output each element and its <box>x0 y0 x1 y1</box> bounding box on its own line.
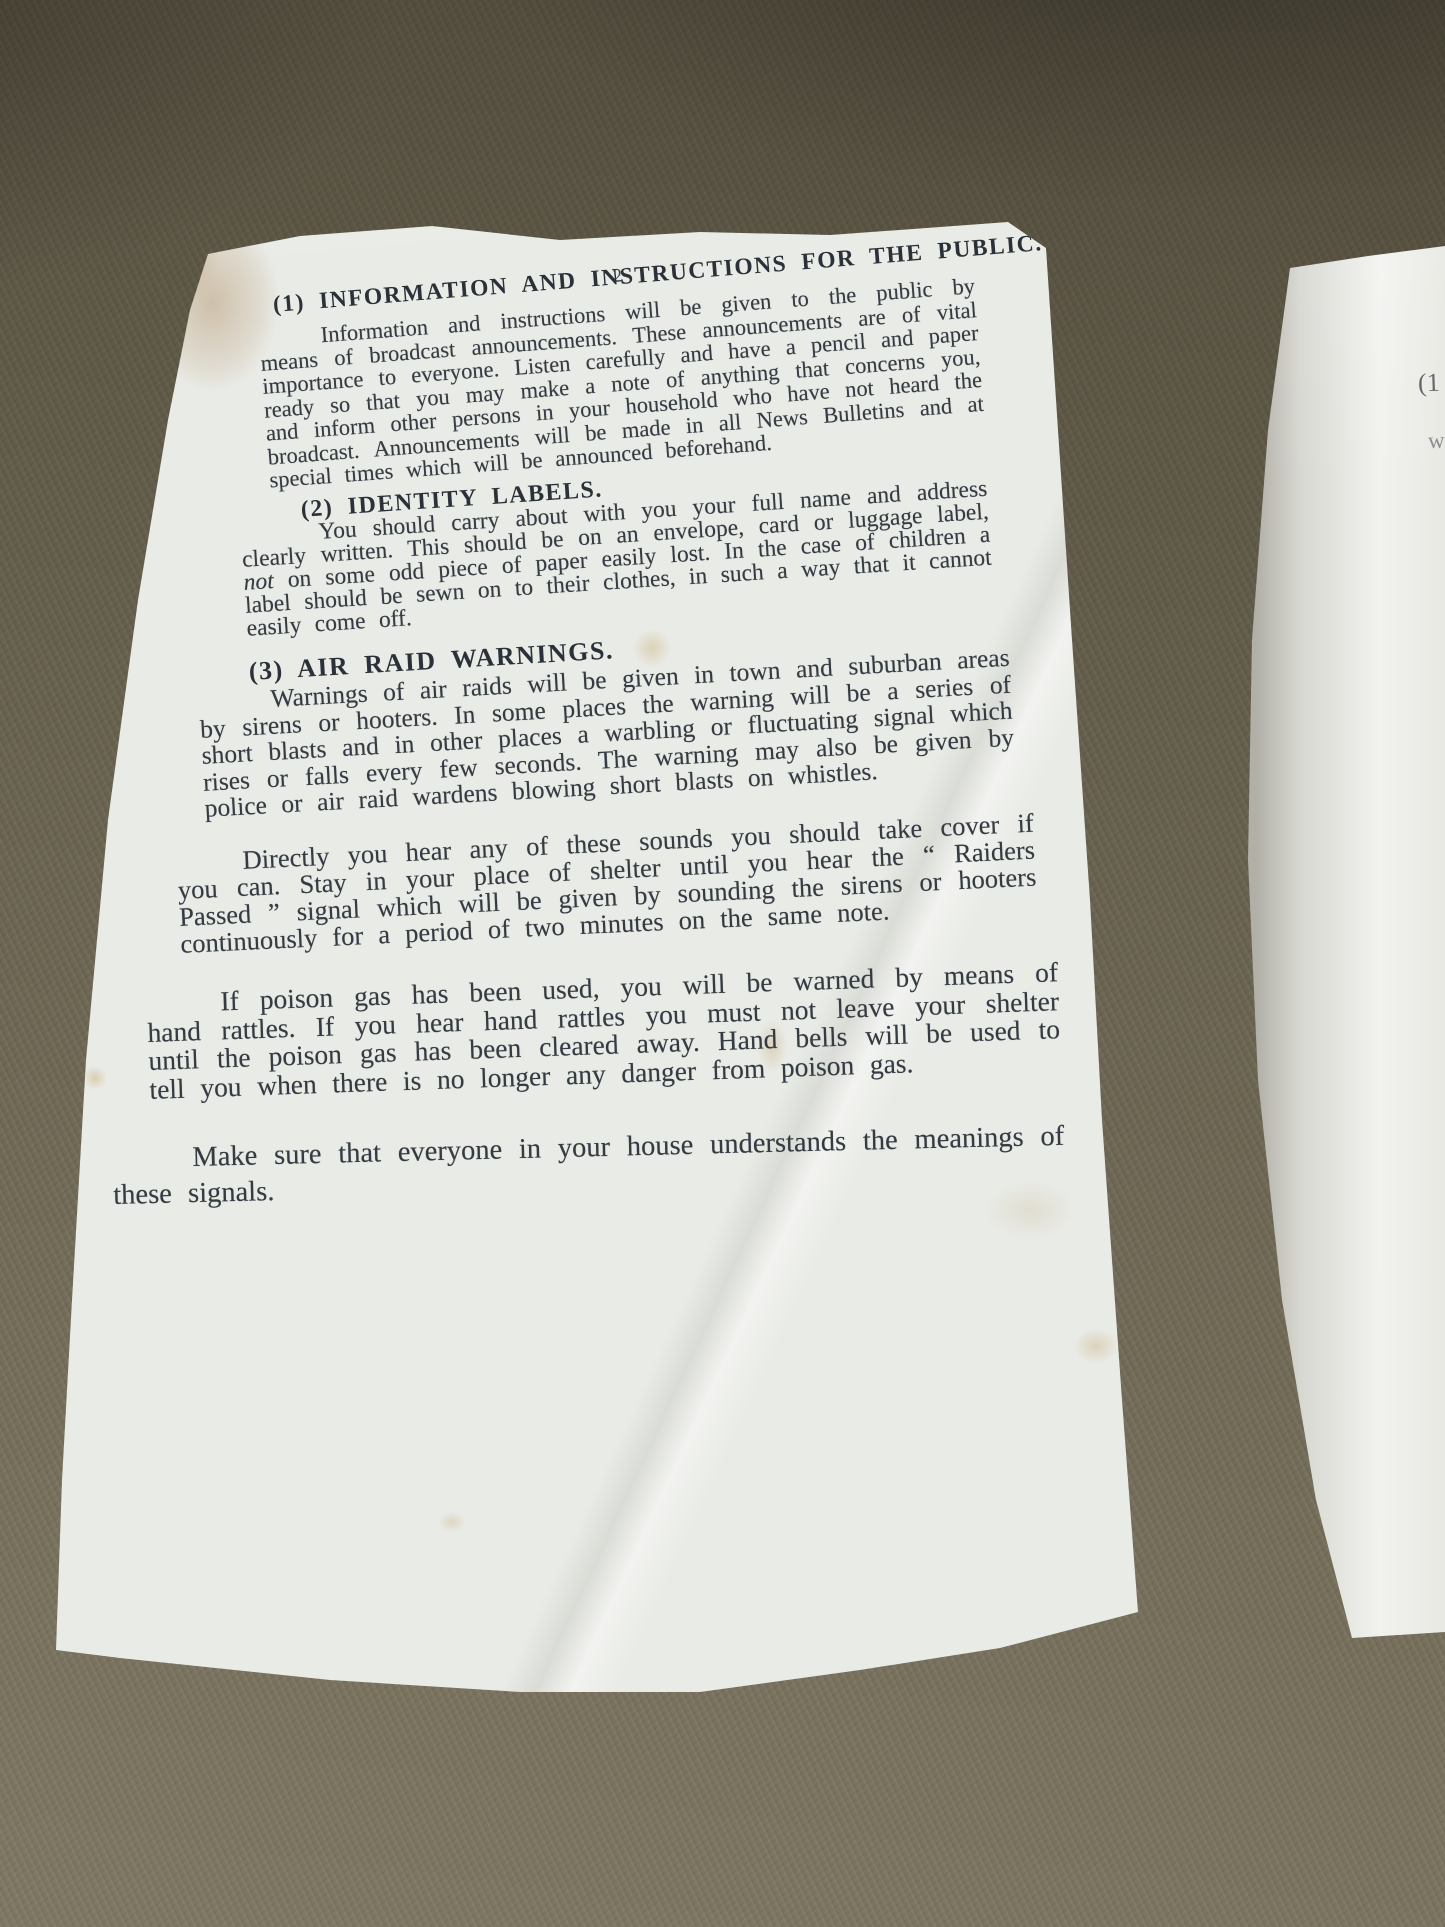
leaflet-page-2: 2 (1) INFORMATION AND INSTRUCTIONS FOR T… <box>0 0 1445 1927</box>
adjacent-page-text-fragment-top: (1 <box>1417 368 1440 399</box>
section-3-paragraph-4: Make sure that everyone in your house un… <box>112 1119 1065 1214</box>
adjacent-page-text-fragment-bottom: w <box>1428 428 1445 455</box>
photo-of-leaflet-on-fabric: (1 w 2 (1) INFORMATION AND INSTRUCTIONS … <box>0 0 1445 1927</box>
section-3-paragraph-2: Directly you hear any of these sounds yo… <box>176 810 1038 958</box>
section-3-paragraph-3: If poison gas has been used, you will be… <box>146 958 1061 1104</box>
